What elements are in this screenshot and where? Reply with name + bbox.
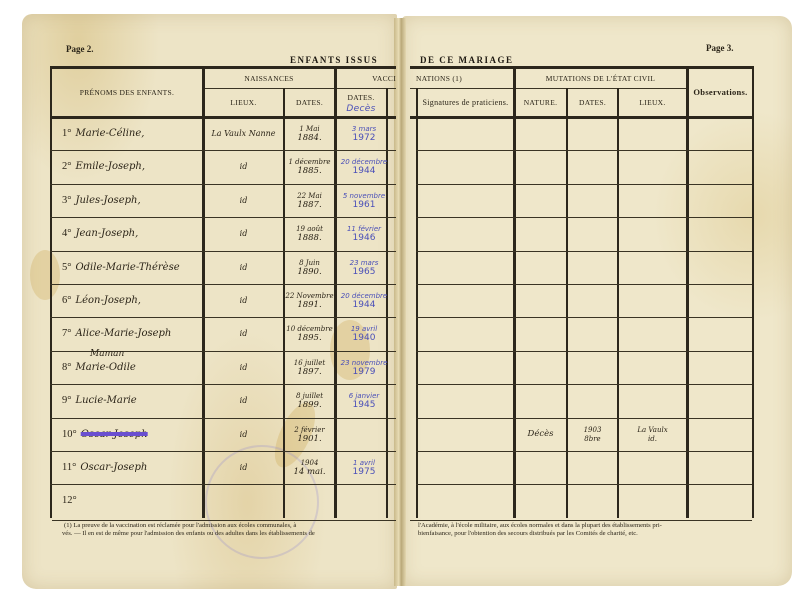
- nature-cell: [515, 284, 566, 317]
- row-divider: [416, 284, 752, 285]
- birth-place-cell: id: [204, 184, 283, 217]
- mutation-place-cell: [619, 453, 686, 483]
- birth-date-cell: 22 Novembre 1891.: [285, 286, 334, 316]
- birth-place: id: [204, 162, 283, 171]
- death-date-line2: 1979: [336, 368, 392, 377]
- birth-date-cell: 2 février 1901.: [285, 420, 334, 450]
- table-row: 12°: [52, 484, 202, 517]
- page-number-right: Page 3.: [706, 43, 734, 53]
- child-number: 8°: [52, 362, 71, 373]
- child-name: Emile-Joseph,: [71, 161, 145, 172]
- table-row: 7° Alice-Marie-Joseph: [52, 317, 202, 350]
- child-number: 5°: [52, 262, 71, 273]
- header-names: PRÉNOMS DES ENFANTS.: [52, 68, 202, 116]
- child-number: 1°: [52, 128, 71, 139]
- nature-cell: [515, 451, 566, 484]
- mutation-place-cell: [619, 119, 686, 149]
- mutation-place-line1: La Vaulx: [619, 426, 686, 435]
- page-number-left: Page 2.: [66, 44, 94, 54]
- birth-place: id: [204, 296, 283, 305]
- header-vaccination-dates: DATES.: [336, 90, 386, 104]
- header-deaths-annotation: Decès: [336, 103, 386, 115]
- birth-date-cell: 1 décembre 1885.: [285, 152, 334, 182]
- death-date-line2: 1972: [336, 134, 392, 143]
- table-row: 5° Odile-Marie-Thérèse: [52, 251, 202, 284]
- mutation-place-cell: [619, 152, 686, 182]
- table-row: 3° Jules-Joseph,: [52, 184, 202, 217]
- death-date-line2: 1975: [336, 468, 392, 477]
- child-number: 3°: [52, 195, 71, 206]
- right-title: DE CE MARIAGE: [420, 55, 514, 65]
- birth-place-cell: La Vaulx Nanne: [204, 117, 283, 150]
- nature-cell: [515, 251, 566, 284]
- row-divider: [416, 451, 752, 452]
- row-divider: [416, 217, 752, 218]
- mutation-date-cell: [568, 453, 617, 483]
- death-date-cell: [336, 486, 392, 516]
- birth-date-line2: 1887.: [285, 201, 334, 210]
- header-vaccinations: VACCI: [336, 68, 398, 88]
- child-number: 12°: [52, 495, 77, 506]
- child-name: Jean-Joseph,: [71, 228, 138, 239]
- birth-date-line2: 1899.: [285, 401, 334, 410]
- nature-cell: [515, 384, 566, 417]
- death-date-cell: 1 avril 1975: [336, 453, 392, 483]
- birth-place: id: [204, 363, 283, 372]
- mutation-date-line2: 8bre: [568, 435, 617, 444]
- child-name: Lucie-Marie: [71, 395, 136, 406]
- nature-cell: [515, 117, 566, 150]
- table-row: 9° Lucie-Marie: [52, 384, 202, 417]
- death-date-line2: 1940: [336, 334, 392, 343]
- birth-date-cell: 8 juillet 1899.: [285, 386, 334, 416]
- mutation-date-cell: [568, 219, 617, 249]
- row-divider: [416, 251, 752, 252]
- death-date-cell: 3 mars 1972: [336, 119, 392, 149]
- table-row: 2° Emile-Joseph,: [52, 150, 202, 183]
- death-date-cell: 11 février 1946: [336, 219, 392, 249]
- birth-date-cell: 1 Mai 1884.: [285, 119, 334, 149]
- header-signatures: Signatures de praticiens.: [418, 89, 513, 116]
- death-date-cell: 19 avril 1940: [336, 319, 392, 349]
- mutation-date-cell: [568, 253, 617, 283]
- death-date-cell: [336, 420, 392, 450]
- birth-place-cell: id: [204, 251, 283, 284]
- child-number: 7°: [52, 328, 71, 339]
- child-name: Marie-Céline,: [71, 128, 144, 139]
- mutation-place-cell: [619, 319, 686, 349]
- table-right-border: [752, 66, 754, 518]
- birth-date-cell: [285, 486, 334, 516]
- mutation-place-cell: [619, 386, 686, 416]
- birth-date-cell: 10 décembre 1895.: [285, 319, 334, 349]
- mutation-date-cell: [568, 119, 617, 149]
- birth-place-cell: id: [204, 317, 283, 350]
- footnote-rule: [410, 520, 752, 521]
- child-number: 10°: [52, 429, 77, 440]
- table-row: 4° Jean-Joseph,: [52, 217, 202, 250]
- child-number: 11°: [52, 462, 76, 473]
- mutation-date-cell: [568, 353, 617, 383]
- birth-place-cell: id: [204, 284, 283, 317]
- death-date-line2: 1944: [336, 167, 392, 176]
- header-births: NAISSANCES: [204, 68, 334, 88]
- mutation-date-cell: [568, 186, 617, 216]
- death-date-line2: 1965: [336, 268, 392, 277]
- child-name: Oscar-Joseph: [76, 462, 147, 473]
- name-annotation: Maman: [90, 349, 124, 359]
- table-row: 6° Léon-Joseph,: [52, 284, 202, 317]
- row-divider: [416, 351, 752, 352]
- child-name: Léon-Joseph,: [71, 295, 141, 306]
- header-vaccinations-cont: NATIONS (1): [410, 68, 516, 88]
- nature-cell: [515, 351, 566, 384]
- row-divider: [416, 418, 752, 419]
- death-date-cell: 20 décembre 1944: [336, 152, 392, 182]
- child-name: Marie-Odile: [71, 362, 135, 373]
- death-date-cell: 23 novembre 1979: [336, 353, 392, 383]
- birth-place-cell: id: [204, 384, 283, 417]
- birth-place-cell: id: [204, 418, 283, 451]
- nature-cell: [515, 150, 566, 183]
- child-number: 4°: [52, 228, 71, 239]
- birth-date-cell: 19 août 1888.: [285, 219, 334, 249]
- birth-place: id: [204, 263, 283, 272]
- table-row: 10° Oscar-Joseph: [52, 418, 202, 451]
- birth-place-cell: [204, 484, 283, 517]
- birth-date-line2: 1890.: [285, 268, 334, 277]
- birth-place: La Vaulx Nanne: [204, 129, 283, 138]
- footnote-right-line1: l'Académie, à l'école militaire, aux éco…: [418, 522, 662, 530]
- mutation-date-cell: [568, 319, 617, 349]
- mutation-place-cell: [619, 253, 686, 283]
- death-date-line2: 1944: [336, 301, 392, 310]
- birth-place-cell: id: [204, 451, 283, 484]
- birth-place: id: [204, 463, 283, 472]
- death-date-line2: 1946: [336, 234, 392, 243]
- birth-date-line2: 1884.: [285, 134, 334, 143]
- birth-date-line2: 1891.: [285, 301, 334, 310]
- nature-cell: [515, 484, 566, 517]
- death-date-line2: 1961: [336, 201, 392, 210]
- birth-date-line2: 1895.: [285, 334, 334, 343]
- table-row: 8° Marie-Odile: [52, 351, 202, 384]
- child-name: Alice-Marie-Joseph: [71, 328, 171, 339]
- header-nature: NATURE.: [515, 89, 566, 116]
- header-observations: Observations.: [689, 68, 752, 116]
- birth-place: id: [204, 229, 283, 238]
- header-birth-dates: DATES.: [285, 89, 334, 116]
- col-divider: [416, 88, 418, 518]
- birth-date-line2: 1885.: [285, 167, 334, 176]
- mutation-place-cell: [619, 486, 686, 516]
- footnote-rule: [52, 520, 396, 521]
- death-date-cell: 23 mars 1965: [336, 253, 392, 283]
- nature-cell: [515, 217, 566, 250]
- nature-cell: [515, 184, 566, 217]
- birth-date-line2: 1897.: [285, 368, 334, 377]
- birth-place-cell: id: [204, 217, 283, 250]
- left-title: ENFANTS ISSUS: [290, 55, 378, 65]
- mutation-place-cell: [619, 186, 686, 216]
- death-date-cell: 6 janvier 1945: [336, 386, 392, 416]
- birth-date-cell: 8 Juin 1890.: [285, 253, 334, 283]
- footnote-right-line2: bienfaisance, pour l'obtention des secou…: [418, 530, 638, 538]
- mutation-place-cell: [619, 286, 686, 316]
- mutation-date-cell: [568, 386, 617, 416]
- row-divider: [416, 317, 752, 318]
- mutation-nature: Décès: [515, 430, 566, 439]
- header-birth-places: LIEUX.: [204, 89, 283, 116]
- death-date-cell: 20 décembre 1944: [336, 286, 392, 316]
- mutation-date-cell: 1903 8bre: [568, 420, 617, 450]
- child-name: Jules-Joseph,: [71, 195, 140, 206]
- mutation-place-cell: La Vaulx id.: [619, 420, 686, 450]
- birth-date-cell: 16 juillet 1897.: [285, 353, 334, 383]
- table-row: 1° Marie-Céline,: [52, 117, 202, 150]
- birth-place: id: [204, 329, 283, 338]
- nature-cell: [515, 317, 566, 350]
- death-date-cell: 5 novembre 1961: [336, 186, 392, 216]
- birth-date-line2: 14 mai.: [285, 468, 334, 477]
- mutation-date-cell: [568, 286, 617, 316]
- child-number: 9°: [52, 395, 71, 406]
- row-divider: [416, 150, 752, 151]
- mutation-date-line1: 1903: [568, 426, 617, 435]
- birth-place: id: [204, 196, 283, 205]
- table-row: 11° Oscar-Joseph: [52, 451, 202, 484]
- mutation-date-cell: [568, 486, 617, 516]
- mutation-place-line2: id.: [619, 435, 686, 444]
- child-number: 2°: [52, 161, 71, 172]
- birth-place: id: [204, 430, 283, 439]
- row-divider: [416, 184, 752, 185]
- birth-date-cell: 22 Mai 1887.: [285, 186, 334, 216]
- birth-place-cell: id: [204, 351, 283, 384]
- birth-place-cell: id: [204, 150, 283, 183]
- header-civil-status: MUTATIONS DE L'ÉTAT CIVIL: [515, 68, 686, 88]
- row-divider: [416, 484, 752, 485]
- child-name: Odile-Marie-Thérèse: [71, 262, 179, 273]
- footnote-left-line2: vés. — Il en est de même pour l'admissio…: [62, 530, 315, 538]
- book-spine: [394, 18, 406, 586]
- birth-date-line2: 1901.: [285, 435, 334, 444]
- birth-date-line2: 1888.: [285, 234, 334, 243]
- death-date-line2: 1945: [336, 401, 392, 410]
- row-divider: [416, 384, 752, 385]
- mutation-place-cell: [619, 219, 686, 249]
- child-name: Oscar-Joseph: [77, 429, 148, 440]
- birth-place: id: [204, 396, 283, 405]
- header-dates: DATES.: [568, 89, 617, 116]
- mutation-date-cell: [568, 152, 617, 182]
- mutation-place-cell: [619, 353, 686, 383]
- child-number: 6°: [52, 295, 71, 306]
- birth-date-cell: 1904 14 mai.: [285, 453, 334, 483]
- header-places: LIEUX.: [619, 89, 686, 116]
- footnote-left-line1: (1) La preuve de la vaccination est récl…: [64, 522, 296, 530]
- nature-cell: Décès: [515, 418, 566, 451]
